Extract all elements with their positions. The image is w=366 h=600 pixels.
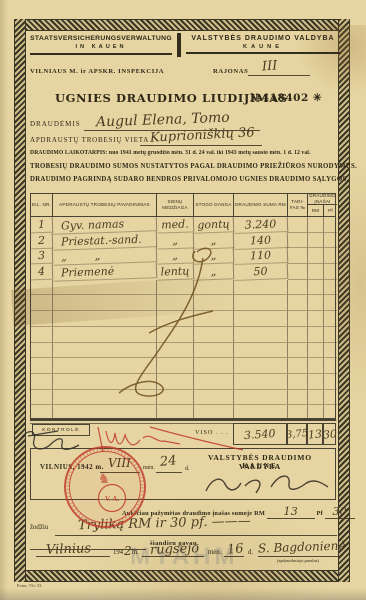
table-cell-nr: [31, 311, 53, 327]
m-label: m.: [132, 549, 139, 556]
table-row: [31, 327, 335, 343]
viso-sum-cell: 3.540: [233, 423, 287, 445]
table-row: [31, 374, 335, 390]
table-row: [31, 295, 335, 311]
table-cell-walls: med.: [157, 216, 195, 233]
viso-tariff-value: 3,75: [285, 427, 308, 440]
col-header-premium-rm: RM: [308, 205, 324, 216]
table-cell-rm: [308, 233, 324, 249]
table-cell-sum: [234, 280, 288, 296]
viso-rm-value: 13: [307, 427, 322, 441]
table-cell-tariff: [288, 217, 308, 233]
table-cell-rm: [308, 358, 324, 374]
insurance-table: EIL. NR. APDRAUSTŲ TROBESIŲ PAVADINIMAS …: [30, 193, 336, 419]
table-row: [31, 343, 335, 359]
table-cell-sum: [234, 327, 288, 343]
paper-edge-shadow: [0, 0, 8, 600]
table-body: 1Gyv. namasmed.gontų3.2402Priestat.-sand…: [31, 216, 335, 421]
policyholder-signature: S. Bagdonienė: [258, 538, 346, 555]
col-header-walls: SIENŲ MEDŽIAGA: [157, 194, 194, 216]
issue-d-label: d.: [185, 466, 190, 472]
premium-rm-value: 13: [284, 505, 298, 518]
table-row: 2Priestat.-sand.„„140: [31, 233, 335, 249]
table-cell-pf: [324, 358, 337, 374]
table-cell-sum: 3.240: [234, 216, 289, 234]
table-cell-tariff: [288, 233, 308, 249]
org-right-city: KAUNE: [186, 44, 340, 50]
table-cell-pf: [324, 217, 337, 233]
table-cell-rm: [308, 217, 324, 233]
words-value: Tryliką RM ir 30 pf. ———: [78, 514, 251, 534]
table-cell-sum: [234, 374, 288, 390]
words-label: žodžiu: [30, 524, 48, 531]
year-value: 2: [124, 544, 132, 558]
border-left-ornament: [14, 19, 26, 582]
rajonas-underline: [248, 74, 310, 76]
table-cell-name: [53, 390, 157, 406]
table-cell-name: [53, 358, 157, 374]
table-cell-tariff: [288, 327, 308, 343]
premium-pf-slot: 30: [325, 505, 355, 519]
table-cell-name: Priemenė: [53, 262, 157, 281]
table-cell-pf: [324, 264, 337, 280]
rajonas-value: III: [261, 58, 277, 74]
table-cell-walls: lentų: [157, 263, 195, 280]
premium-pf-value: 30: [332, 505, 346, 518]
table-cell-nr: 2: [31, 232, 54, 248]
border-top-ornament: [14, 19, 350, 31]
table-cell-nr: 1: [31, 217, 54, 233]
col-header-eil: EIL. NR.: [31, 194, 53, 216]
issue-city-date: VILNIUS, 1942 m.: [40, 463, 104, 471]
table-cell-walls: [157, 327, 194, 343]
org-right-name: VALSTYBĖS DRAUDIMO VALDYBA: [186, 35, 340, 42]
table-cell-name: [53, 327, 157, 343]
table-cell-roof: [194, 343, 234, 359]
table-cell-rm: [308, 264, 324, 280]
signature-caption: (apdraudusiojo parašas): [258, 558, 338, 563]
viso-rm-cell: 13: [307, 423, 323, 445]
men-label: mėn.: [208, 549, 221, 556]
viso-pf-value: 30: [322, 427, 337, 441]
table-cell-walls: [157, 374, 194, 390]
border-bottom-ornament: [14, 570, 350, 582]
table-cell-tariff: [288, 248, 308, 264]
table-cell-name: [53, 374, 157, 390]
table-cell-sum: 50: [234, 263, 289, 281]
table-cell-roof: [194, 390, 234, 406]
table-cell-sum: [234, 295, 288, 311]
table-cell-rm: [308, 390, 324, 406]
table-cell-walls: [157, 358, 194, 374]
issue-day-value: 24: [159, 453, 177, 470]
table-cell-tariff: [288, 280, 308, 296]
viso-tariff-cell: 3,75: [287, 423, 307, 445]
table-cell-tariff: [288, 343, 308, 359]
table-cell-pf: [324, 374, 337, 390]
table-cell-nr: [31, 295, 53, 311]
col-header-sum: DRAUDIMO SUMA RM: [234, 194, 288, 216]
table-cell-nr: [31, 374, 53, 390]
period-line: DRAUDIMO LAIKOTARPIS: nuo 1941 metų gruo…: [30, 150, 344, 156]
issue-month-value: VIII: [108, 456, 131, 470]
premium-rm-slot: 13: [267, 505, 315, 519]
table-cell-sum: [234, 311, 288, 327]
table-cell-sum: [234, 343, 288, 359]
city-value: Vilnius: [46, 541, 92, 558]
table-cell-walls: [157, 343, 194, 359]
table-cell-sum: [234, 358, 288, 374]
table-cell-rm: [308, 295, 324, 311]
year-print: 194: [113, 549, 123, 556]
table-row: [31, 311, 335, 327]
table-cell-name: [53, 295, 157, 311]
note-line-2: DRAUDIMO PAGRINDĄ SUDARO BENDROS PRIVALO…: [30, 176, 340, 183]
table-cell-rm: [308, 311, 324, 327]
issue-men-label: mėn.: [143, 465, 155, 471]
table-cell-nr: [31, 343, 53, 359]
table-cell-walls: [157, 295, 194, 311]
table-cell-pf: [324, 233, 337, 249]
table-cell-roof: [194, 280, 234, 296]
premium-pf-label: Pf: [317, 510, 323, 517]
table-cell-name: [53, 280, 157, 296]
table-cell-rm: [308, 327, 324, 343]
form-number: Form. 7/fr. 33.: [17, 583, 43, 588]
col-header-name: APDRAUSTŲ TROBESIŲ PAVADINIMAS: [53, 194, 157, 216]
issue-org-line2: KAUNE: [190, 462, 330, 470]
header-divider: [177, 33, 181, 57]
inspection-label: VILNIAUS M. ir APSKR. INSPEKCIJA: [30, 68, 164, 75]
table-cell-tariff: [288, 264, 308, 280]
border-right-ornament: [338, 19, 350, 582]
table-cell-rm: [308, 343, 324, 359]
month-value: rugsėjo: [150, 541, 200, 558]
note-line-1: TROBESIŲ DRAUDIMO SUMOS NUSTATYTOS PAGAL…: [30, 163, 340, 170]
table-cell-tariff: [288, 374, 308, 390]
col-header-tariff: TARI- FAS ‰: [288, 194, 308, 216]
table-row: [31, 280, 335, 296]
table-cell-pf: [324, 280, 337, 296]
location-label: APDRAUSTŲ TROBESIŲ VIETA: [30, 136, 149, 144]
table-cell-name: [53, 343, 157, 359]
table-cell-name: [53, 311, 157, 327]
table-cell-sum: [234, 390, 288, 406]
table-cell-walls: [157, 390, 194, 406]
col-header-roof: STOGO DANGA: [194, 194, 234, 216]
table-cell-nr: [31, 327, 53, 343]
col-header-premium-pf: Pf: [324, 205, 337, 216]
table-cell-nr: [31, 358, 53, 374]
table-cell-roof: „: [194, 248, 235, 265]
viso-label: VISO . . .: [195, 429, 229, 436]
signature-underline: [258, 555, 338, 557]
org-left-city: IN KAUEN: [30, 44, 172, 50]
table-cell-nr: [31, 280, 53, 296]
table-cell-tariff: [288, 311, 308, 327]
org-right-rule: [186, 52, 340, 54]
table-row: 1Gyv. namasmed.gontų3.240: [31, 217, 335, 233]
insured-label: DRAUDĖMIS: [30, 120, 81, 128]
table-cell-walls: „: [157, 232, 195, 249]
table-row: 3„ „„„110: [31, 248, 335, 264]
d-label: d.: [248, 549, 253, 556]
table-cell-pf: [324, 343, 337, 359]
org-left-name: STAATSVERSICHERUNGSVERWALTUNG: [30, 35, 172, 42]
table-cell-pf: [324, 295, 337, 311]
table-cell-roof: [194, 374, 234, 390]
rajonas-label: RAJONAS: [213, 68, 248, 75]
table-cell-nr: 4: [31, 264, 54, 280]
day-value: 16: [226, 541, 244, 557]
document-number: №418402 ✳: [250, 92, 322, 104]
table-row: 4Priemenėlentų„50: [31, 264, 335, 280]
table-bottom-rule: [30, 419, 336, 421]
table-cell-pf: [324, 248, 337, 264]
table-cell-pf: [324, 390, 337, 406]
table-cell-rm: [308, 248, 324, 264]
table-cell-nr: [31, 390, 53, 406]
issue-day-underline: [156, 471, 182, 473]
table-cell-rm: [308, 374, 324, 390]
table-cell-walls: „: [157, 248, 195, 265]
table-cell-tariff: [288, 390, 308, 406]
words-underline: [55, 534, 337, 536]
viso-sum-value: 3.540: [244, 426, 276, 441]
paper-edge-shadow: [0, 588, 366, 600]
org-left-rule: [30, 53, 172, 55]
col-header-premium: DRAUDIMO ĮNAŠAI: [308, 194, 337, 205]
table-cell-roof: [194, 358, 234, 374]
table-cell-walls: [157, 311, 194, 327]
control-label: KONTROLĖ: [32, 424, 90, 436]
table-cell-roof: [194, 311, 234, 327]
insurance-certificate-scan: MYAHM STAATSVERSICHERUNGSVERWALTUNG IN K…: [0, 0, 366, 600]
table-cell-roof: [194, 327, 234, 343]
table-cell-roof: „: [194, 263, 235, 280]
table-cell-pf: [324, 311, 337, 327]
table-cell-tariff: [288, 358, 308, 374]
table-row: [31, 390, 335, 406]
issue-month-underline: [100, 471, 140, 473]
table-cell-roof: [194, 295, 234, 311]
table-cell-tariff: [288, 295, 308, 311]
table-cell-nr: 3: [31, 248, 54, 264]
table-cell-roof: gontų: [194, 216, 235, 233]
table-cell-pf: [324, 327, 337, 343]
table-cell-rm: [308, 280, 324, 296]
viso-pf-cell: 30: [323, 423, 336, 445]
table-row: [31, 358, 335, 374]
table-cell-walls: [157, 280, 194, 296]
